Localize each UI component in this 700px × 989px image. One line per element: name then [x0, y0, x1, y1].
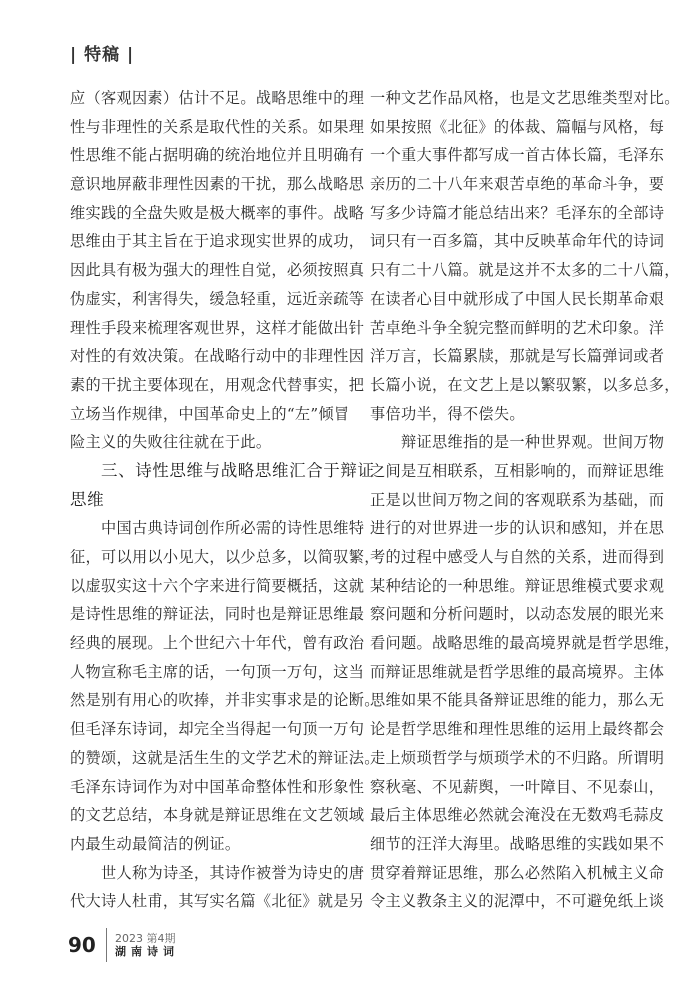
text-line: 毛泽东诗词作为对中国革命整体性和形象性: [70, 773, 350, 802]
section-tag: | 特稿 |: [70, 40, 134, 65]
text-line: 词只有一百多篇，其中反映革命年代的诗词: [370, 227, 650, 256]
text-line: 苦卓绝斗争全貌完整而鲜明的艺术印象。洋: [370, 314, 650, 343]
text-line: 应（客观因素）估计不足。战略思维中的理: [70, 84, 350, 113]
text-line: 素的干扰主要体现在，用观念代替事实，把: [70, 371, 350, 400]
footer-meta: 2023 第4期 湖南诗词: [115, 932, 179, 958]
page-footer: 90 2023 第4期 湖南诗词: [68, 925, 179, 965]
text-line: 理性手段来梳理客观世界，这样才能做出针: [70, 314, 350, 343]
text-line: 性思维不能占据明确的统治地位并且明确有: [70, 141, 350, 170]
text-line: 世人称为诗圣，其诗作被誉为诗史的唐: [70, 859, 350, 888]
text-line: 看问题。战略思维的最高境界就是哲学思维，: [370, 629, 650, 658]
text-line: 征，可以用以小见大，以少总多，以简驭繁，: [70, 543, 350, 572]
text-line: 伪虚实，利害得失，缓急轻重，远近亲疏等: [70, 285, 350, 314]
text-line: 思维如果不能具备辩证思维的能力，那么无: [370, 686, 650, 715]
footer-divider: [106, 928, 107, 962]
text-line: 论是哲学思维和理性思维的运用上最终都会: [370, 715, 650, 744]
text-line: 但毛泽东诗词，却完全当得起一句顶一万句: [70, 715, 350, 744]
text-line: 走上烦琐哲学与烦琐学术的不归路。所谓明: [370, 744, 650, 773]
journal-title: 湖南诗词: [115, 945, 179, 958]
text-line: 察秋毫、不见薪舆，一叶障目、不见泰山，: [370, 773, 650, 802]
text-line: 内最生动最简洁的例证。: [70, 830, 350, 859]
text-line: 中国古典诗词创作所必需的诗性思维特: [70, 514, 350, 543]
left-column: 应（客观因素）估计不足。战略思维中的理性与非理性的关系是取代性的关系。如果理性思…: [70, 84, 350, 916]
text-line: 只有二十八篇。就是这并不太多的二十八篇，: [370, 256, 650, 285]
text-line: 性与非理性的关系是取代性的关系。如果理: [70, 113, 350, 142]
text-line: 进行的对世界进一步的认识和感知，并在思: [370, 514, 650, 543]
section-heading-line: 思维: [70, 486, 350, 515]
text-line: 一个重大事件都写成一首古体长篇，毛泽东: [370, 141, 650, 170]
text-line: 是诗性思维的辩证法，同时也是辩证思维最: [70, 600, 350, 629]
text-line: 正是以世间万物之间的客观联系为基础，而: [370, 486, 650, 515]
text-line: 对性的有效决策。在战略行动中的非理性因: [70, 342, 350, 371]
section-heading-line: 三、诗性思维与战略思维汇合于辩证: [70, 457, 350, 486]
issue-label: 2023 第4期: [115, 932, 179, 945]
text-line: 察问题和分析问题时，以动态发展的眼光来: [370, 600, 650, 629]
text-line: 立场当作规律，中国革命史上的“左”倾冒: [70, 400, 350, 429]
text-line: 经典的展现。上个世纪六十年代，曾有政治: [70, 629, 350, 658]
text-line: 而辩证思维就是哲学思维的最高境界。主体: [370, 658, 650, 687]
text-line: 考的过程中感受人与自然的关系，进而得到: [370, 543, 650, 572]
text-line: 在读者心目中就形成了中国人民长期革命艰: [370, 285, 650, 314]
text-line: 意识地屏蔽非理性因素的干扰，那么战略思: [70, 170, 350, 199]
text-line: 维实践的全盘失败是极大概率的事件。战略: [70, 199, 350, 228]
text-line: 最后主体思维必然就会淹没在无数鸡毛蒜皮: [370, 801, 650, 830]
text-line: 某种结论的一种思维。辩证思维模式要求观: [370, 572, 650, 601]
text-line: 如果按照《北征》的体裁、篇幅与风格，每: [370, 113, 650, 142]
text-line: 然是别有用心的吹捧，并非实事求是的论断。: [70, 686, 350, 715]
right-column: 一种文艺作品风格，也是文艺思维类型对比。如果按照《北征》的体裁、篇幅与风格，每一…: [370, 84, 650, 916]
page-number: 90: [68, 933, 100, 957]
text-line: 的文艺总结，本身就是辩证思维在文艺领域: [70, 801, 350, 830]
text-line: 人物宣称毛主席的话，一句顶一万句，这当: [70, 658, 350, 687]
text-line: 的赞颂，这就是活生生的文学艺术的辩证法。: [70, 744, 350, 773]
text-line: 一种文艺作品风格，也是文艺思维类型对比。: [370, 84, 650, 113]
text-line: 辩证思维指的是一种世界观。世间万物: [370, 428, 650, 457]
text-line: 令主义教条主义的泥潭中，不可避免纸上谈: [370, 887, 650, 916]
text-line: 贯穿着辩证思维，那么必然陷入机械主义命: [370, 859, 650, 888]
text-line: 细节的汪洋大海里。战略思维的实践如果不: [370, 830, 650, 859]
text-line: 思维由于其主旨在于追求现实世界的成功，: [70, 227, 350, 256]
text-line: 因此具有极为强大的理性自觉，必须按照真: [70, 256, 350, 285]
text-line: 事倍功半，得不偿失。: [370, 400, 650, 429]
text-line: 长篇小说，在文艺上是以繁驭繁，以多总多，: [370, 371, 650, 400]
text-line: 之间是互相联系，互相影响的，而辩证思维: [370, 457, 650, 486]
text-line: 写多少诗篇才能总结出来？毛泽东的全部诗: [370, 199, 650, 228]
text-line: 洋万言，长篇累牍，那就是写长篇弹词或者: [370, 342, 650, 371]
text-line: 险主义的失败往往就在于此。: [70, 428, 350, 457]
text-line: 代大诗人杜甫，其写实名篇《北征》就是另: [70, 887, 350, 916]
text-line: 以虚驭实这十六个字来进行简要概括，这就: [70, 572, 350, 601]
text-line: 亲历的二十八年来艰苦卓绝的革命斗争，要: [370, 170, 650, 199]
